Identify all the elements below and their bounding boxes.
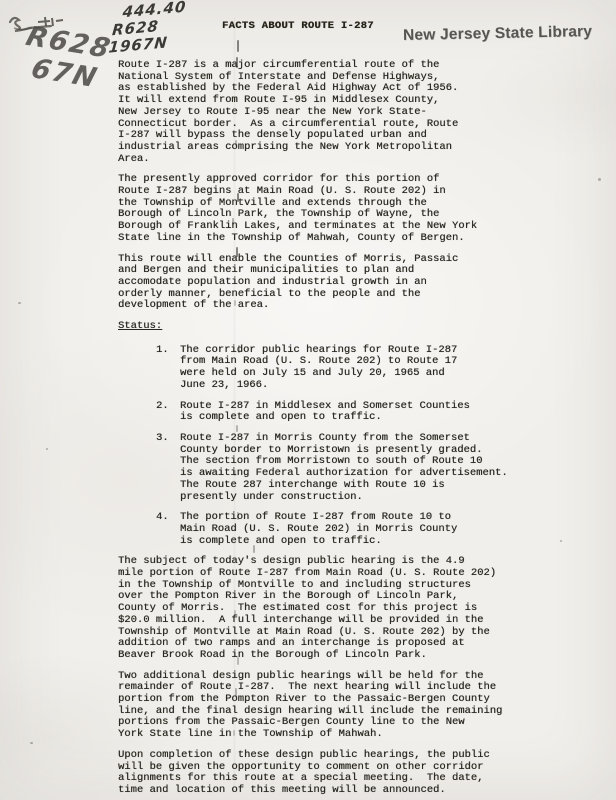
status-item-2-text: Route I-287 in Middlesex and Somerset Co… bbox=[180, 401, 580, 424]
status-item-2: 2. Route I-287 in Middlesex and Somerset… bbox=[118, 401, 580, 424]
status-item-1-text: The corridor public hearings for Route I… bbox=[180, 345, 580, 392]
status-item-4: 4. The portion of Route I-287 from Route… bbox=[118, 512, 580, 547]
scan-speck bbox=[18, 302, 21, 304]
paragraph-corridor: The presently approved corridor for this… bbox=[118, 174, 580, 244]
scan-speck bbox=[46, 448, 48, 450]
paragraph-intro: Route I-287 is a major circumferential r… bbox=[118, 60, 580, 165]
paragraph-completion: Upon completion of these design public h… bbox=[118, 750, 580, 797]
status-item-3-text: Route I-287 in Morris County from the So… bbox=[180, 433, 580, 503]
status-heading: Status: bbox=[118, 321, 580, 333]
status-item-1-number: 1. bbox=[156, 345, 169, 357]
status-item-3-number: 3. bbox=[156, 433, 169, 445]
handwritten-call-number-pencil: R628 67N bbox=[14, 21, 115, 94]
paragraph-additional-hearings: Two additional design public hearings wi… bbox=[118, 671, 580, 741]
paragraph-counties: This route will enable the Counties of M… bbox=[118, 254, 580, 313]
paragraph-hearing-subject: The subject of today's design public hea… bbox=[118, 556, 580, 661]
handwritten-call-number-pen: 444.40 R628 1967N bbox=[110, 0, 187, 56]
library-stamp: New Jersey State Library bbox=[403, 23, 593, 45]
status-item-1: 1. The corridor public hearings for Rout… bbox=[118, 345, 580, 392]
scan-speck bbox=[30, 742, 33, 744]
status-item-3: 3. Route I-287 in Morris County from the… bbox=[118, 433, 580, 503]
status-item-2-number: 2. bbox=[156, 401, 169, 413]
page-title: FACTS ABOUT ROUTE I-287 bbox=[222, 20, 374, 32]
scan-speck bbox=[598, 178, 601, 181]
status-item-4-number: 4. bbox=[156, 512, 169, 524]
document-page: R628 67N 444.40 R628 1967N FACTS ABOUT R… bbox=[0, 0, 616, 800]
document-body: Route I-287 is a major circumferential r… bbox=[118, 60, 580, 800]
status-list: 1. The corridor public hearings for Rout… bbox=[118, 345, 580, 548]
crease-mark bbox=[237, 40, 239, 52]
status-item-4-text: The portion of Route I-287 from Route 10… bbox=[180, 512, 580, 547]
